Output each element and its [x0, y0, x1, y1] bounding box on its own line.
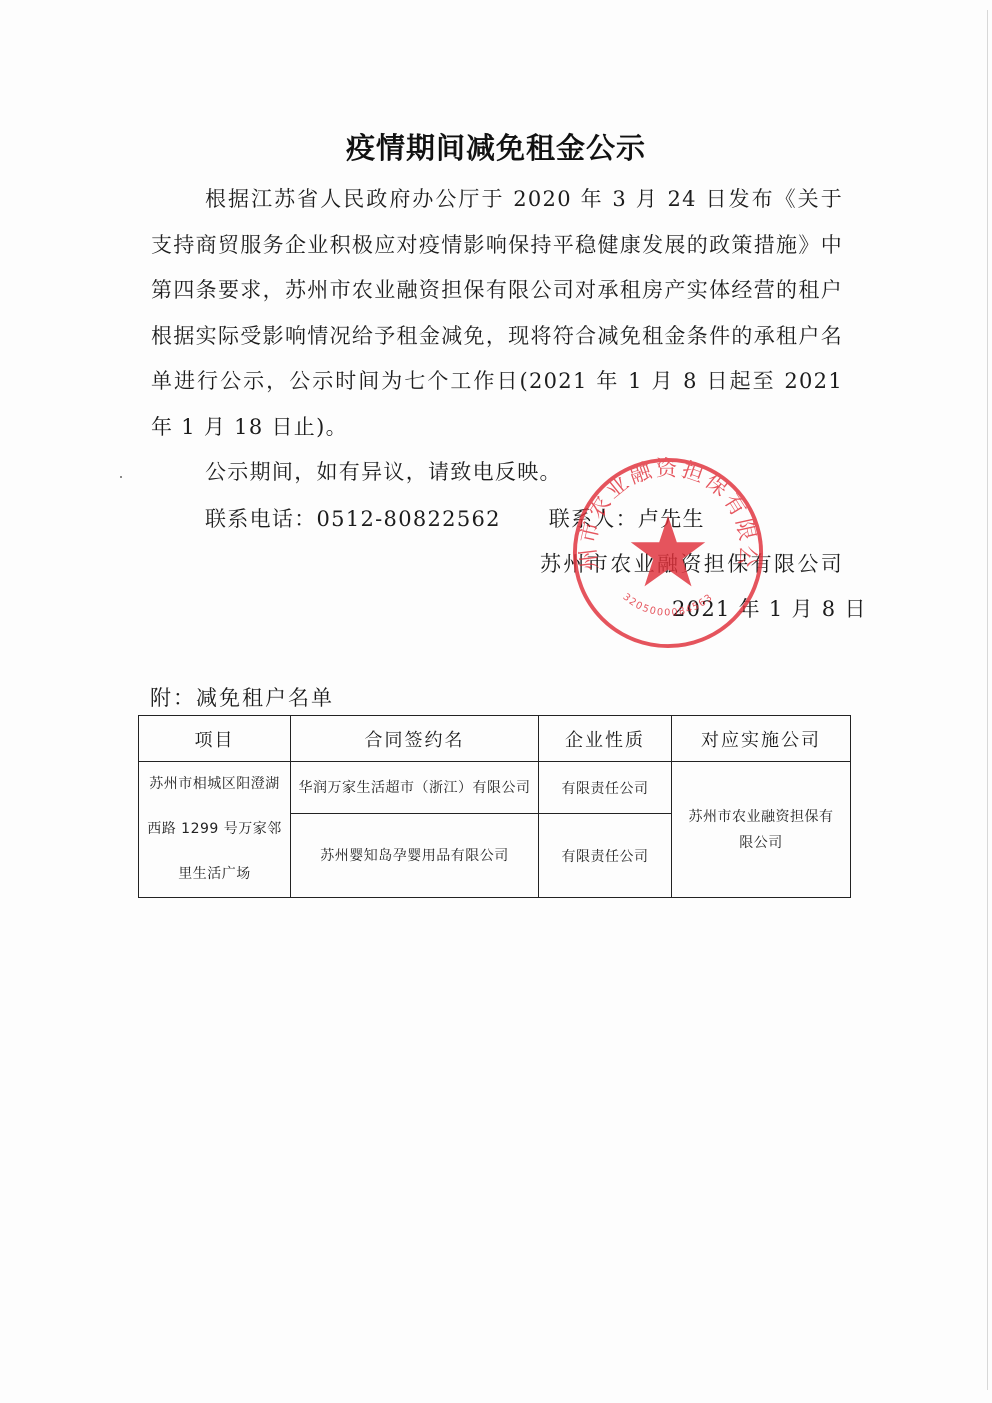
header-nature: 企业性质 — [539, 716, 672, 762]
cell-nature: 有限责任公司 — [539, 814, 672, 898]
page-title: 疫情期间减免租金公示 — [0, 126, 992, 167]
header-implementing-company: 对应实施公司 — [672, 716, 851, 762]
cell-project: 苏州市相城区阳澄湖西路 1299 号万家邻里生活广场 — [139, 762, 291, 898]
phone-label: 联系电话： — [205, 507, 317, 531]
tenant-table: 项目 合同签约名 企业性质 对应实施公司 苏州市相城区阳澄湖西路 1299 号万… — [138, 715, 851, 898]
seal-code: 3205000084563 — [620, 592, 715, 619]
cell-nature: 有限责任公司 — [539, 762, 672, 814]
cell-contract-name: 华润万家生活超市（浙江）有限公司 — [291, 762, 539, 814]
svg-text:3205000084563: 3205000084563 — [620, 592, 715, 619]
annex-label: 附：减免租户名单 — [150, 682, 334, 712]
table-header-row: 项目 合同签约名 企业性质 对应实施公司 — [139, 716, 851, 762]
scan-speck — [120, 476, 122, 478]
objection-note: 公示期间，如有异议，请致电反映。 — [205, 456, 562, 486]
table-row: 苏州市相城区阳澄湖西路 1299 号万家邻里生活广场 华润万家生活超市（浙江）有… — [139, 762, 851, 814]
phone-number: 0512-80822562 — [317, 507, 501, 531]
cell-contract-name: 苏州婴知岛孕婴用品有限公司 — [291, 814, 539, 898]
official-seal-icon: 苏州市农业融资担保有限公司 3205000084563 — [570, 455, 766, 651]
header-contract-name: 合同签约名 — [291, 716, 539, 762]
header-project: 项目 — [139, 716, 291, 762]
body-paragraph: 根据江苏省人民政府办公厅于 2020 年 3 月 24 日发布《关于支持商贸服务… — [151, 177, 843, 450]
scan-edge-line — [987, 10, 988, 1390]
cell-implementing-company: 苏州市农业融资担保有限公司 — [672, 762, 851, 898]
